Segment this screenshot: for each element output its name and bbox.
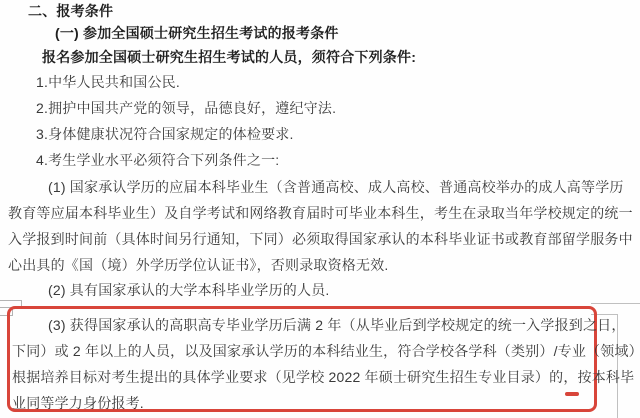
item2-line: (2) 具有国家承认的大学本科毕业学历的人员. [48,282,330,298]
intro-line: 报名参加全国硕士研究生招生考试的人员，须符合下列条件: [42,49,416,65]
item3-line-2: 下同）或 2 年以上的人员，以及国家承认学历的本科结业生，符合学校各学科（类别）… [12,343,640,359]
document-page: 二、报考条件 (一) 参加全国硕士研究生招生考试的报考条件 报名参加全国硕士研究… [0,0,640,418]
condition-4: 4.考生学业水平必须符合下列条件之一: [36,152,279,168]
condition-3: 3.身体健康状况符合国家规定的体检要求. [36,126,294,142]
item1-line-2: 教育等应届本科毕业生）及自学考试和网络教育届时可毕业本科生，考生在录取当年学校规… [8,205,633,221]
page-edge-line-top [591,303,640,304]
red-dash-mark-icon [565,392,579,396]
item3-line-3: 根据培养目标对考生提出的具体学业要求（见学校 2022 年硕士研究生招生专业目录… [12,369,634,385]
item1-line-3: 入学报到时间前（具体时间另行通知，下同）必须取得国家承认的本科毕业证书或教育部留… [8,231,633,247]
item1-line-4: 心出具的《国（境）外学历学位认证书》，否则录取资格无效. [8,257,389,273]
section-heading: (一) 参加全国硕士研究生招生考试的报考条件 [55,25,339,41]
condition-1: 1.中华人民共和国公民. [36,74,180,90]
item3-line-4: 业同等学力身份报考. [12,395,144,411]
item1-line-1: (1) 国家承认学历的应届本科毕业生（含普通高校、成人高校、普通高校举办的成人高… [48,179,624,195]
condition-2: 2.拥护中国共产党的领导，品德良好，遵纪守法. [36,100,336,116]
doc-title: 二、报考条件 [28,3,113,19]
item3-line-1: (3) 获得国家承认的高职高专毕业学历后满 2 年（从毕业后到学校规定的统一入学… [48,317,626,333]
